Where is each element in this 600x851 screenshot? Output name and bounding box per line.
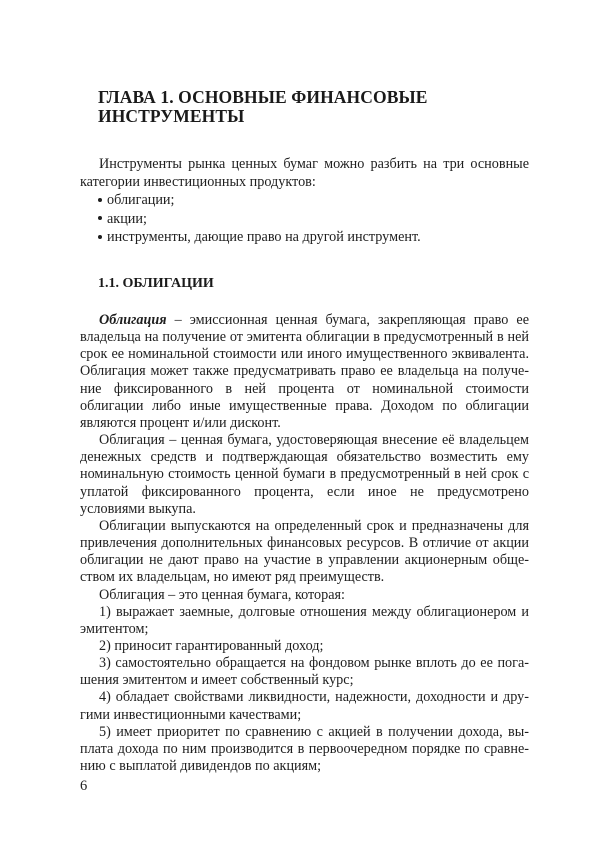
list-item: акции; [80, 210, 529, 229]
property-item: 4) обладает свойствами ликвидности, наде… [80, 689, 529, 723]
list-item: инструменты, дающие право на другой инст… [80, 228, 529, 247]
intro-paragraph: Инструменты рынка ценных бумаг можно раз… [80, 155, 529, 191]
property-item: 1) выражает заемные, долговые отношения … [80, 604, 529, 638]
chapter-title-line-1: ГЛАВА 1. ОСНОВНЫЕ ФИНАНСОВЫЕ [98, 88, 528, 107]
defined-term: Облигация [99, 312, 167, 328]
paragraph: Облигации выпускаются на определенный ср… [80, 518, 529, 587]
property-item: 3) самостоятельно обращается на фондовом… [80, 655, 529, 689]
intro-block: Инструменты рынка ценных бумаг можно раз… [80, 155, 529, 247]
bullet-icon [98, 235, 102, 239]
paragraph: Облигация – это ценная бумага, которая: [80, 587, 529, 604]
chapter-title: ГЛАВА 1. ОСНОВНЫЕ ФИНАНСОВЫЕ ИНСТРУМЕНТЫ [98, 88, 528, 125]
paragraph: Облигация – ценная бумага, удостоверяюща… [80, 432, 529, 518]
section-body: Облигация – эмиссионная ценная бумага, з… [80, 312, 529, 775]
page-number: 6 [80, 778, 87, 795]
bullet-icon [98, 216, 102, 220]
definition-text: – эмиссионная ценная бумага, закрепляюща… [80, 312, 529, 431]
property-item: 2) приносит гарантированный доход; [80, 638, 529, 655]
bullet-icon [98, 198, 102, 202]
instrument-categories-list: облигации; акции; инструменты, дающие пр… [80, 191, 529, 247]
list-item-text: акции; [107, 211, 147, 227]
property-item: 5) имеет приоритет по сравнению с акцией… [80, 724, 529, 775]
chapter-title-line-2: ИНСТРУМЕНТЫ [98, 107, 528, 126]
list-item-text: облигации; [107, 192, 174, 208]
definition-paragraph: Облигация – эмиссионная ценная бумага, з… [80, 312, 529, 432]
list-item: облигации; [80, 191, 529, 210]
list-item-text: инструменты, дающие право на другой инст… [107, 229, 421, 245]
section-title: 1.1. ОБЛИГАЦИИ [98, 276, 214, 292]
